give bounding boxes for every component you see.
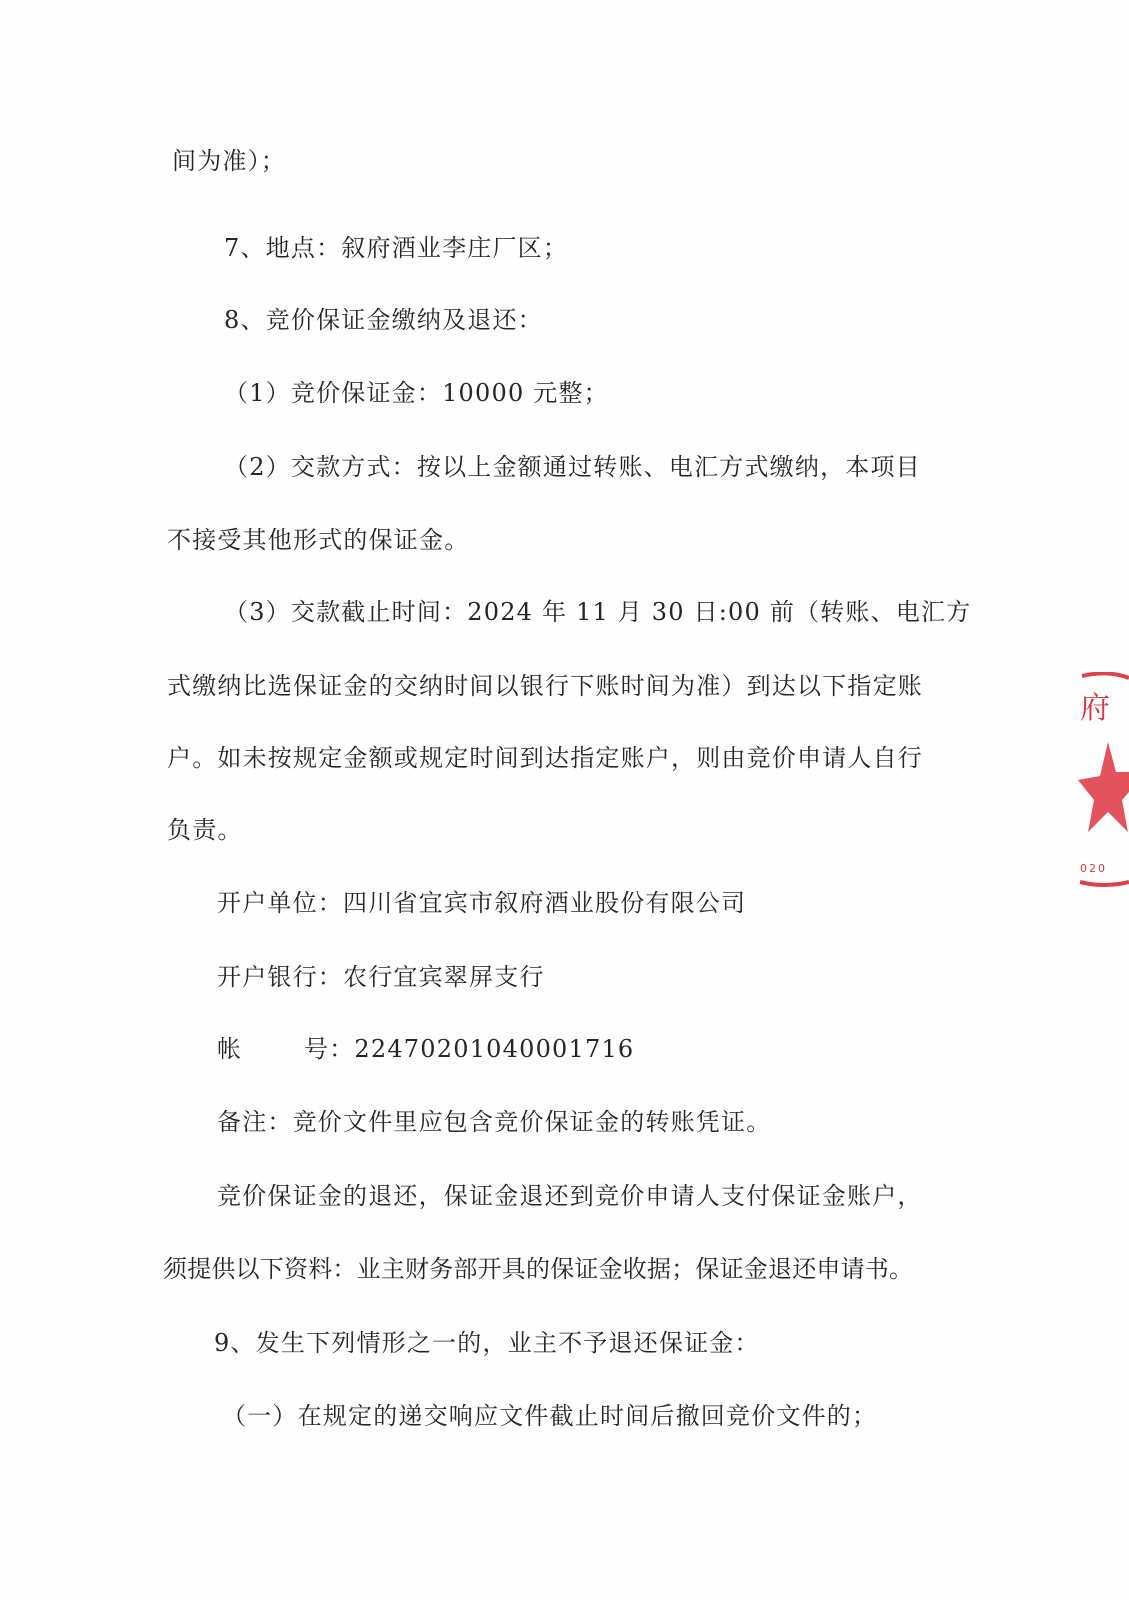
payment-deadline-line-2: 式缴纳比选保证金的交纳时间以银行下账时间为准）到达以下指定账 bbox=[167, 671, 923, 701]
payment-deadline-line-1: （3）交款截止时间：2024 年 11 月 30 日:00 前（转账、电汇方 bbox=[224, 597, 971, 627]
payment-deadline-line-4: 负责。 bbox=[167, 815, 243, 845]
payment-method-line-1: （2）交款方式：按以上金额通过转账、电汇方式缴纳，本项目 bbox=[224, 452, 921, 482]
account-company: 开户单位：四川省宜宾市叙府酒业股份有限公司 bbox=[217, 888, 746, 918]
item-7-location: 7、地点：叙府酒业李庄厂区； bbox=[224, 233, 568, 263]
refund-line-1: 竞价保证金的退还，保证金退还到竞价申请人支付保证金账户， bbox=[217, 1181, 923, 1211]
payment-deadline-line-3: 户。如未按规定金额或规定时间到达指定账户，则由竞价申请人自行 bbox=[167, 743, 923, 773]
account-bank: 开户银行：农行宜宾翠屏支行 bbox=[217, 962, 545, 992]
item-9-clause-1: （一）在规定的递交响应文件截止时间后撤回竞价文件的； bbox=[222, 1401, 877, 1431]
payment-method-line-2: 不接受其他形式的保证金。 bbox=[167, 525, 469, 555]
deposit-amount: （1）竞价保证金：10000 元整； bbox=[224, 378, 609, 408]
account-number: 帐 号：22470201040001716 bbox=[217, 1034, 634, 1064]
item-9-heading: 9、发生下列情形之一的，业主不予退还保证金： bbox=[214, 1328, 760, 1358]
svg-text:020: 020 bbox=[1080, 862, 1107, 875]
seal-char: 府 bbox=[1080, 691, 1110, 726]
remark-line: 备注：竞价文件里应包含竞价保证金的转账凭证。 bbox=[217, 1107, 771, 1137]
text-line-continuation: 间为准）； bbox=[172, 146, 286, 176]
refund-line-2: 须提供以下资料：业主财务部开具的保证金收据；保证金退还申请书。 bbox=[163, 1254, 913, 1284]
document-page: 间为准）； 7、地点：叙府酒业李庄厂区； 8、竞价保证金缴纳及退还： （1）竞价… bbox=[0, 0, 1129, 1600]
company-seal-stamp: 府 020 bbox=[1078, 672, 1129, 892]
item-8-deposit-heading: 8、竞价保证金缴纳及退还： bbox=[224, 305, 543, 335]
